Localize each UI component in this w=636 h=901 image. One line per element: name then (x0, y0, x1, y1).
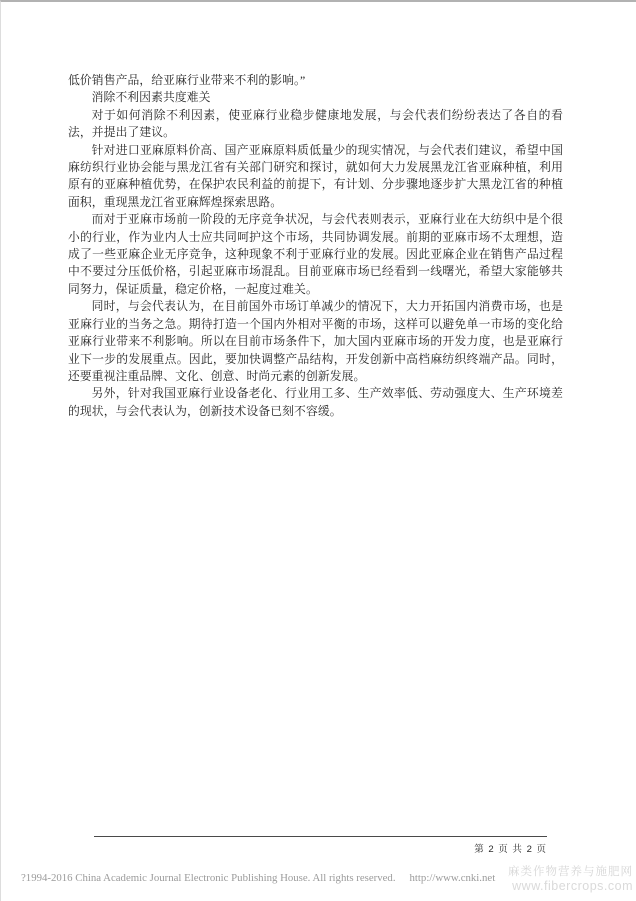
paragraph-continuation: 低价销售产品，给亚麻行业带来不利的影响。” (68, 72, 563, 89)
site-watermark: 麻类作物营养与施肥网 www.fibercrops.com (508, 865, 633, 895)
watermark-title: 麻类作物营养与施肥网 (508, 865, 633, 879)
article-body: 低价销售产品，给亚麻行业带来不利的影响。” 消除不利因素共度难关 对于如何消除不… (68, 72, 563, 420)
section-heading: 消除不利因素共度难关 (68, 89, 563, 106)
publisher-url: http://www.cnki.net (410, 872, 496, 884)
watermark-url: www.fibercrops.com (508, 879, 633, 895)
document-page: 低价销售产品，给亚麻行业带来不利的影响。” 消除不利因素共度难关 对于如何消除不… (0, 0, 636, 901)
page-number: 第 2 页 共 2 页 (94, 841, 547, 855)
footer-divider (94, 836, 547, 837)
paragraph: 针对进口亚麻原料价高、国产亚麻原料质低量少的现实情况，与会代表们建议，希望中国麻… (68, 142, 563, 212)
paragraph: 另外，针对我国亚麻行业设备老化、行业用工多、生产效率低、劳动强度大、生产环境差的… (68, 385, 563, 420)
copyright-text: ?1994-2016 China Academic Journal Electr… (21, 872, 396, 884)
paragraph: 而对于亚麻市场前一阶段的无序竞争状况，与会代表则表示，亚麻行业在大纺织中是个很小… (68, 211, 563, 298)
paragraph: 同时，与会代表认为，在目前国外市场订单减少的情况下，大力开拓国内消费市场，也是亚… (68, 298, 563, 385)
paragraph: 对于如何消除不利因素，使亚麻行业稳步健康地发展，与会代表们纷纷表达了各自的看法，… (68, 107, 563, 142)
